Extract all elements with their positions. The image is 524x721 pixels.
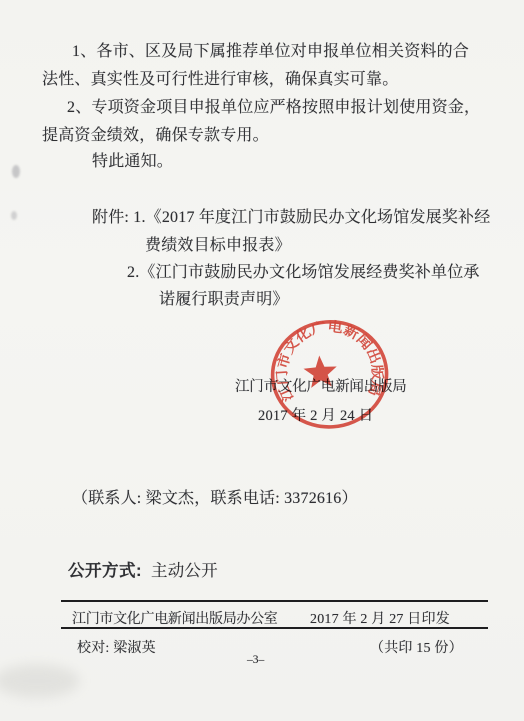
- body-paragraph1-line2: 法性、真实性及可行性进行审核，确保真实可靠。: [42, 66, 398, 89]
- seal-star-icon: [303, 354, 338, 388]
- contact-info: （联系人: 梁文杰，联系电话: 3372616）: [72, 485, 358, 508]
- footer-print-date: 2017 年 2 月 27 日印发: [310, 608, 450, 628]
- footer-proofreader: 校对: 梁淑英: [77, 637, 156, 657]
- footer-top-rule: [61, 600, 488, 602]
- body-paragraph2-line2: 提高资金绩效，确保专款专用。: [42, 122, 269, 145]
- document-page: 1、各市、区及局下属推荐单位对申报单位相关资料的合 法性、真实性及可行性进行审核…: [0, 0, 524, 721]
- attachment-line-3: 2.《江门市鼓励民办文化场馆发展经费奖补单位承: [127, 259, 480, 282]
- closing-line: 特此通知。: [92, 148, 173, 171]
- footer-bottom-rule: [61, 627, 488, 629]
- seal-arc-text: 江门市文化广电新闻出版局: [270, 314, 388, 405]
- scan-smudge: [11, 211, 17, 220]
- scan-smudge: [0, 664, 80, 698]
- body-paragraph2-line1: 2、专项资金项目申报单位应严格按照申报计划使用资金，: [67, 94, 480, 117]
- footer-copies-count: （共印 15 份）: [370, 637, 463, 657]
- disclosure-label: 公开方式:: [68, 562, 142, 580]
- body-paragraph1-line1: 1、各市、区及局下属推荐单位对申报单位相关资料的合: [72, 38, 469, 61]
- footer-issuing-office: 江门市文化广电新闻出版局办公室: [72, 608, 278, 628]
- disclosure-value: 主动公开: [151, 561, 218, 580]
- page-number: –3–: [247, 654, 264, 666]
- disclosure-line: 公开方式:主动公开: [68, 557, 218, 581]
- attachment-line-2: 费绩效目标申报表》: [145, 232, 291, 255]
- official-seal: 江门市文化广电新闻出版局: [250, 295, 421, 466]
- attachment-line-1: 附件: 1.《2017 年度江门市鼓励民办文化场馆发展奖补经: [92, 204, 490, 227]
- scan-smudge: [12, 165, 20, 178]
